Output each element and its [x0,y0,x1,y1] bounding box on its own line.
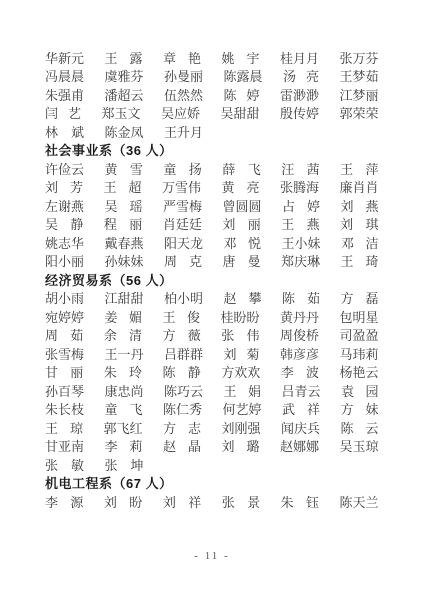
person-name: 李波 [281,362,319,381]
person-name: 黄雪 [105,159,143,178]
name-row: 甘丽朱玲陈静方欢欢李波杨艳云 [45,363,399,382]
person-name: 马玮莉 [340,344,379,363]
name-row: 张敏张坤 [45,455,399,474]
person-name: 姚志华 [45,233,84,252]
person-name: 刘琪 [340,214,378,233]
person-name: 廉肖肖 [340,177,379,196]
person-name: 黄丹丹 [280,307,319,326]
person-name: 郭飞红 [104,418,143,437]
person-name: 伍然然 [164,85,203,104]
person-name: 吴静 [45,214,83,233]
person-name: 肖廷廷 [163,214,202,233]
person-name: 甘丽 [45,362,83,381]
person-name: 江梦丽 [340,85,379,104]
person-name: 吕群群 [164,344,203,363]
person-name: 甘亚南 [45,436,84,455]
person-name: 王萍 [340,159,378,178]
person-name: 王琼 [45,418,83,437]
person-name: 方妹 [341,399,379,418]
person-name: 邓洁 [341,233,379,252]
person-name: 赵娜娜 [280,436,319,455]
person-name: 王俊 [163,307,201,326]
name-row: 阳小丽孙妹妹周克唐曼郑庆琳王琦 [45,252,399,271]
person-name: 李源 [45,492,83,511]
person-name: 刘菊 [224,344,260,363]
person-name: 周克 [164,251,202,270]
person-name: 陈天兰 [340,492,379,511]
person-name: 刘祥 [163,492,201,511]
person-name: 章艳 [163,48,201,67]
person-name: 周茹 [45,325,83,344]
person-name: 方磊 [341,288,379,307]
person-name: 邓悦 [224,233,262,252]
person-name: 闻庆兵 [281,418,320,437]
name-row: 朱长枝童飞陈仁秀何艺婷武祥方妹 [45,400,399,419]
person-name: 周俊桥 [280,325,319,344]
person-name: 虞雅芬 [105,66,144,85]
person-name: 刘丽 [222,214,260,233]
person-name: 张雪梅 [45,344,84,363]
person-name: 王小妹 [282,233,321,252]
person-name: 朱长枝 [45,399,84,418]
name-row: 冯晨晨虞雅芬孙曼丽陈露晨汤亮王梦茹 [45,67,399,86]
section-title: 机电工程系（67 人） [45,474,399,493]
person-name: 刘刚强 [222,418,261,437]
person-name: 袁园 [341,381,379,400]
name-row: 王琼郭飞红方志刘刚强闻庆兵陈云 [45,418,399,437]
person-name: 冯晨晨 [45,66,84,85]
person-name: 刘燕 [341,196,379,215]
person-name: 闫艺 [45,103,81,122]
person-name: 童扬 [163,159,201,178]
person-name: 姚宇 [222,48,260,67]
name-row: 周茹余清方薇张伟周俊桥司盈盈 [45,326,399,345]
name-row: 胡小雨江甜甜柏小明赵攀陈茹方磊 [45,289,399,308]
person-name: 许俭云 [45,159,84,178]
person-name: 赵晶 [163,436,201,455]
person-name: 孙妹妹 [105,251,144,270]
name-row: 林斌陈金凤王升月 [45,122,399,141]
person-name: 王升月 [164,122,203,141]
person-name: 汤亮 [283,66,319,85]
person-name: 黄亮 [222,177,260,196]
person-name: 唐曼 [223,251,261,270]
person-name: 阳小丽 [45,251,84,270]
person-name: 杨艳云 [340,362,379,381]
person-name: 王琦 [341,251,379,270]
person-name: 陈云 [341,418,379,437]
person-name: 张伟 [221,325,259,344]
person-name: 江甜甜 [105,288,144,307]
section-title: 社会事业系（36 人） [45,141,399,160]
person-name: 刘璐 [222,436,260,455]
person-name: 曾圆圆 [223,196,262,215]
person-name: 郑庆琳 [281,251,320,270]
person-name: 桂盼盼 [221,307,260,326]
person-name: 郑玉文 [102,103,141,122]
person-name: 阳天龙 [164,233,203,252]
person-name: 陈静 [163,362,201,381]
person-name: 张景 [222,492,260,511]
person-name: 陈金凤 [105,122,144,141]
person-name: 王一丹 [105,344,144,363]
name-row: 孙百琴康忠尚陈巧云王娟吕青云袁园 [45,381,399,400]
person-name: 吴应娇 [161,103,200,122]
person-name: 张万芬 [340,48,379,67]
person-name: 万雪伟 [162,177,201,196]
person-name: 华新元 [45,48,84,67]
person-name: 吕青云 [282,381,321,400]
person-name: 赵攀 [224,288,262,307]
person-name: 方欢欢 [221,362,260,381]
name-row: 李源刘盼刘祥张景朱钰陈天兰 [45,492,399,511]
person-name: 孙百琴 [45,381,84,400]
person-name: 柏小明 [164,288,203,307]
person-name: 朱钰 [281,492,319,511]
person-name: 朱玲 [104,362,142,381]
person-name: 吴玉琼 [340,436,379,455]
name-row: 姚志华戴春燕阳天龙邓悦王小妹邓洁 [45,233,399,252]
person-name: 武祥 [282,399,320,418]
person-name: 方志 [163,418,201,437]
person-name: 潘超云 [105,85,144,104]
name-row: 闫艺郑玉文吴应娇吴甜甜殷传婷郭荣荣 [45,104,399,123]
person-name: 陈仁秀 [163,399,202,418]
person-name: 韩彦彦 [280,344,319,363]
person-name: 张坤 [105,455,144,474]
person-name: 童飞 [105,399,143,418]
name-row: 张雪梅王一丹吕群群刘菊韩彦彦马玮莉 [45,344,399,363]
person-name: 吴瑶 [105,196,143,215]
person-name: 林斌 [45,122,84,141]
person-name: 王露 [105,48,143,67]
person-name: 朱强甫 [45,85,84,104]
person-name: 占婷 [282,196,320,215]
person-name: 左谢燕 [45,196,84,215]
document-page: 华新元王露章艳姚宇桂月月张万芬冯晨晨虞雅芬孙曼丽陈露晨汤亮王梦茹朱强甫潘超云伍然… [0,0,424,600]
person-name: 吴甜甜 [221,103,260,122]
person-name: 汪茜 [281,159,319,178]
person-name: 孙曼丽 [164,66,203,85]
person-name: 宛婷婷 [45,307,84,326]
person-name: 姜媚 [105,307,143,326]
person-name: 刘盼 [104,492,142,511]
person-name: 刘芳 [45,177,83,196]
person-name: 包明星 [340,307,379,326]
person-name: 王超 [104,177,142,196]
name-row: 甘亚南李莉赵晶刘璐赵娜娜吴玉琼 [45,437,399,456]
name-row: 朱强甫潘超云伍然然陈婷雷渺渺江梦丽 [45,85,399,104]
person-name: 张敏 [45,455,84,474]
name-row: 许俭云黄雪童扬薛飞汪茜王萍 [45,159,399,178]
name-list-content: 华新元王露章艳姚宇桂月月张万芬冯晨晨虞雅芬孙曼丽陈露晨汤亮王梦茹朱强甫潘超云伍然… [45,48,399,511]
person-name: 王燕 [281,214,319,233]
person-name: 陈露晨 [224,66,263,85]
person-name: 方薇 [163,325,201,344]
person-name: 桂月月 [280,48,319,67]
person-name: 陈巧云 [164,381,203,400]
person-name: 何艺婷 [223,399,262,418]
person-name: 司盈盈 [340,325,379,344]
person-name: 严雪梅 [163,196,202,215]
page-number: - 11 - [0,550,424,562]
person-name: 陈茹 [282,288,320,307]
name-row: 华新元王露章艳姚宇桂月月张万芬 [45,48,399,67]
person-name: 王娟 [224,381,262,400]
person-name: 李莉 [105,436,143,455]
name-row: 吴静程丽肖廷廷刘丽王燕刘琪 [45,215,399,234]
person-name: 陈婷 [224,85,260,104]
person-name: 雷渺渺 [280,85,319,104]
person-name: 戴春燕 [105,233,144,252]
name-row: 刘芳王超万雪伟黄亮张腾海廉肖肖 [45,178,399,197]
person-name: 程丽 [104,214,142,233]
person-name: 郭荣荣 [340,103,379,122]
person-name: 王梦茹 [340,66,379,85]
person-name: 余清 [104,325,142,344]
person-name: 薛飞 [222,159,260,178]
person-name: 张腾海 [280,177,319,196]
name-row: 宛婷婷姜媚王俊桂盼盼黄丹丹包明星 [45,307,399,326]
person-name: 胡小雨 [45,288,84,307]
person-name: 殷传婷 [280,103,319,122]
section-title: 经济贸易系（56 人） [45,270,399,289]
name-row: 左谢燕吴瑶严雪梅曾圆圆占婷刘燕 [45,196,399,215]
person-name: 康忠尚 [105,381,144,400]
